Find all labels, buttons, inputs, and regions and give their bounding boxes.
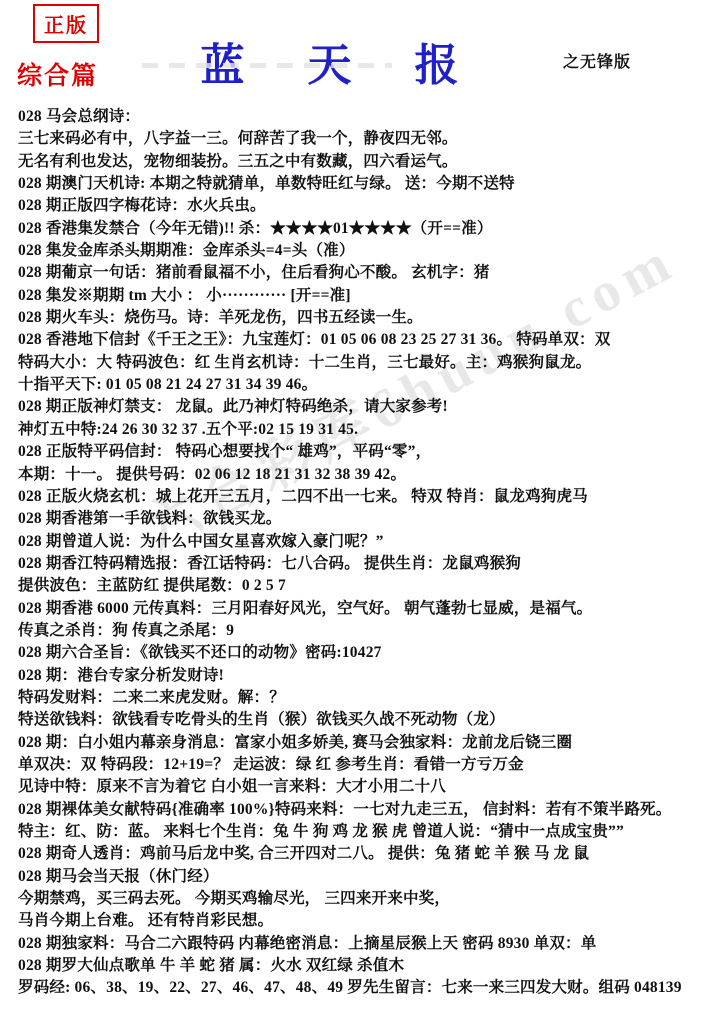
report-line-25: 028 期六合圣旨：《欲钱买不还口的动物》密码:10427	[18, 642, 723, 664]
report-line-28: 特送欲钱料：欲钱看专吃骨头的生肖（猴）欲钱买久战不死动物（龙）	[18, 709, 723, 731]
report-line-31: 见诗中特：原来不言为着它 白小姐一言来料：大才小用二十八	[18, 776, 723, 798]
report-line-21: 028 期香江特码精选报：香江话特码：七八合码。 提供生肖：龙鼠鸡猴狗	[18, 553, 723, 575]
faded-print-artifact	[142, 63, 392, 68]
report-line-2: 三七来码必有中，八字益一三。何辞苦了我一个，静夜四无邻。	[18, 128, 723, 150]
report-line-3: 无名有利也发达，宠物细装扮。三五之中有数藏，四六看运气。	[18, 151, 723, 173]
report-line-17: 本期：十一。 提供号码：02 06 12 18 21 31 32 38 39 4…	[18, 464, 723, 486]
report-line-32: 028 期裸体美女献特码{准确率 100%}特码来料：一七对九走三五， 信封料：…	[18, 799, 723, 821]
report-body: 028 马会总纲诗：三七来码必有中，八字益一三。何辞苦了我一个，静夜四无邻。无名…	[18, 106, 723, 1000]
report-line-12: 特码大小：大 特码波色：红 生肖玄机诗：十二生肖，三七最好。主：鸡猴狗鼠龙。	[18, 352, 723, 374]
report-line-34: 028 期奇人透肖：鸡前马后龙中奖, 合三开四对二八。 提供：兔 猪 蛇 羊 猴…	[18, 843, 723, 865]
report-line-4: 028 期澳门天机诗: 本期之特就猜单，单数特旺红与绿。 送：今期不送特	[18, 173, 723, 195]
report-line-22: 提供波色：主蓝防红 提供尾数：0 2 5 7	[18, 575, 723, 597]
report-line-27: 特码发财料：二来二来虎发财。解：？	[18, 687, 723, 709]
report-line-33: 特主：红、防：蓝。 来料七个生肖：兔 牛 狗 鸡 龙 猴 虎 曾道人说：“猜中一…	[18, 821, 723, 843]
report-line-23: 028 期香港 6000 元传真料：三月阳春好风光，空气好。 朝气蓬勃七显威，是…	[18, 598, 723, 620]
bluesky-report-page: { "header": { "badge": "正版", "title": "蓝…	[0, 0, 725, 1012]
report-line-29: 028 期：白小姐内幕亲身消息：富家小姐多娇美, 赛马会独家料：龙前龙后铙三圈	[18, 732, 723, 754]
report-line-39: 028 期罗大仙点歌单 牛 羊 蛇 猪 属：火水 双红绿 杀值木	[18, 955, 723, 977]
report-line-30: 单双决：双 特码段：12+19=？ 走运波：绿 红 参考生肖：看错一方亏万金	[18, 754, 723, 776]
report-line-26: 028 期：港台专家分析发财诗!	[18, 665, 723, 687]
report-line-14: 028 期正版神灯禁支： 龙鼠。此乃神灯特码绝杀，请大家参考!	[18, 396, 723, 418]
report-line-7: 028 集发金库杀头期期准：金库杀头=4=头（准）	[18, 240, 723, 262]
report-line-13: 十指平天下: 01 05 08 21 24 27 31 34 39 46。	[18, 374, 723, 396]
report-line-16: 028 正版特平码信封： 特码心想要找个“ 雄鸡”，平码“零”，	[18, 441, 723, 463]
report-line-38: 028 期独家料：马合二六跟特码 内幕绝密消息：上摘星辰猴上天 密码 8930 …	[18, 933, 723, 955]
report-line-37: 马肖今期上台难。 还有特肖彩民想。	[18, 910, 723, 932]
report-line-40: 罗码经: 06、38、19、22、27、46、47、48、49 罗先生留言：七来…	[18, 977, 723, 999]
section-title: 综合篇	[17, 56, 98, 92]
report-line-6: 028 香港集发禁合（今年无错)!! 杀：★★★★01★★★★（开==准）	[18, 218, 723, 240]
report-line-5: 028 期正版四字梅花诗：水火兵虫。	[18, 195, 723, 217]
report-line-20: 028 期曾道人说：为什么中国女星喜欢嫁入豪门呢？”	[18, 531, 723, 553]
report-line-18: 028 正版火烧玄机：城上花开三五月，二四不出一七来。 特双 特肖：鼠龙鸡狗虎马	[18, 486, 723, 508]
report-line-9: 028 集发※期期 tm 大小 ： 小············ [开==准]	[18, 285, 723, 307]
report-line-11: 028 香港地下信封《千王之王》：九宝莲灯：01 05 06 08 23 25 …	[18, 329, 723, 351]
report-line-35: 028 期马会当天报（休门经）	[18, 866, 723, 888]
report-line-8: 028 期葡京一句话：猪前看鼠福不小，住后看狗心不酸。 玄机字：猪	[18, 262, 723, 284]
report-line-36: 今期禁鸡，买三码去死。 今期买鸡输尽光， 三四来开来中奖，	[18, 888, 723, 910]
report-line-15: 神灯五中特:24 26 30 32 37 .五个平:02 15 19 31 45…	[18, 419, 723, 441]
report-line-10: 028 期火车头：烧伤马。诗：羊死龙伤，四书五经读一生。	[18, 307, 723, 329]
report-line-19: 028 期香港第一手欲钱料：欲钱买龙。	[18, 508, 723, 530]
edition-label: 之无锋版	[563, 49, 631, 72]
report-line-1: 028 马会总纲诗：	[18, 106, 723, 128]
report-line-24: 传真之杀肖：狗 传真之杀尾：9	[18, 620, 723, 642]
